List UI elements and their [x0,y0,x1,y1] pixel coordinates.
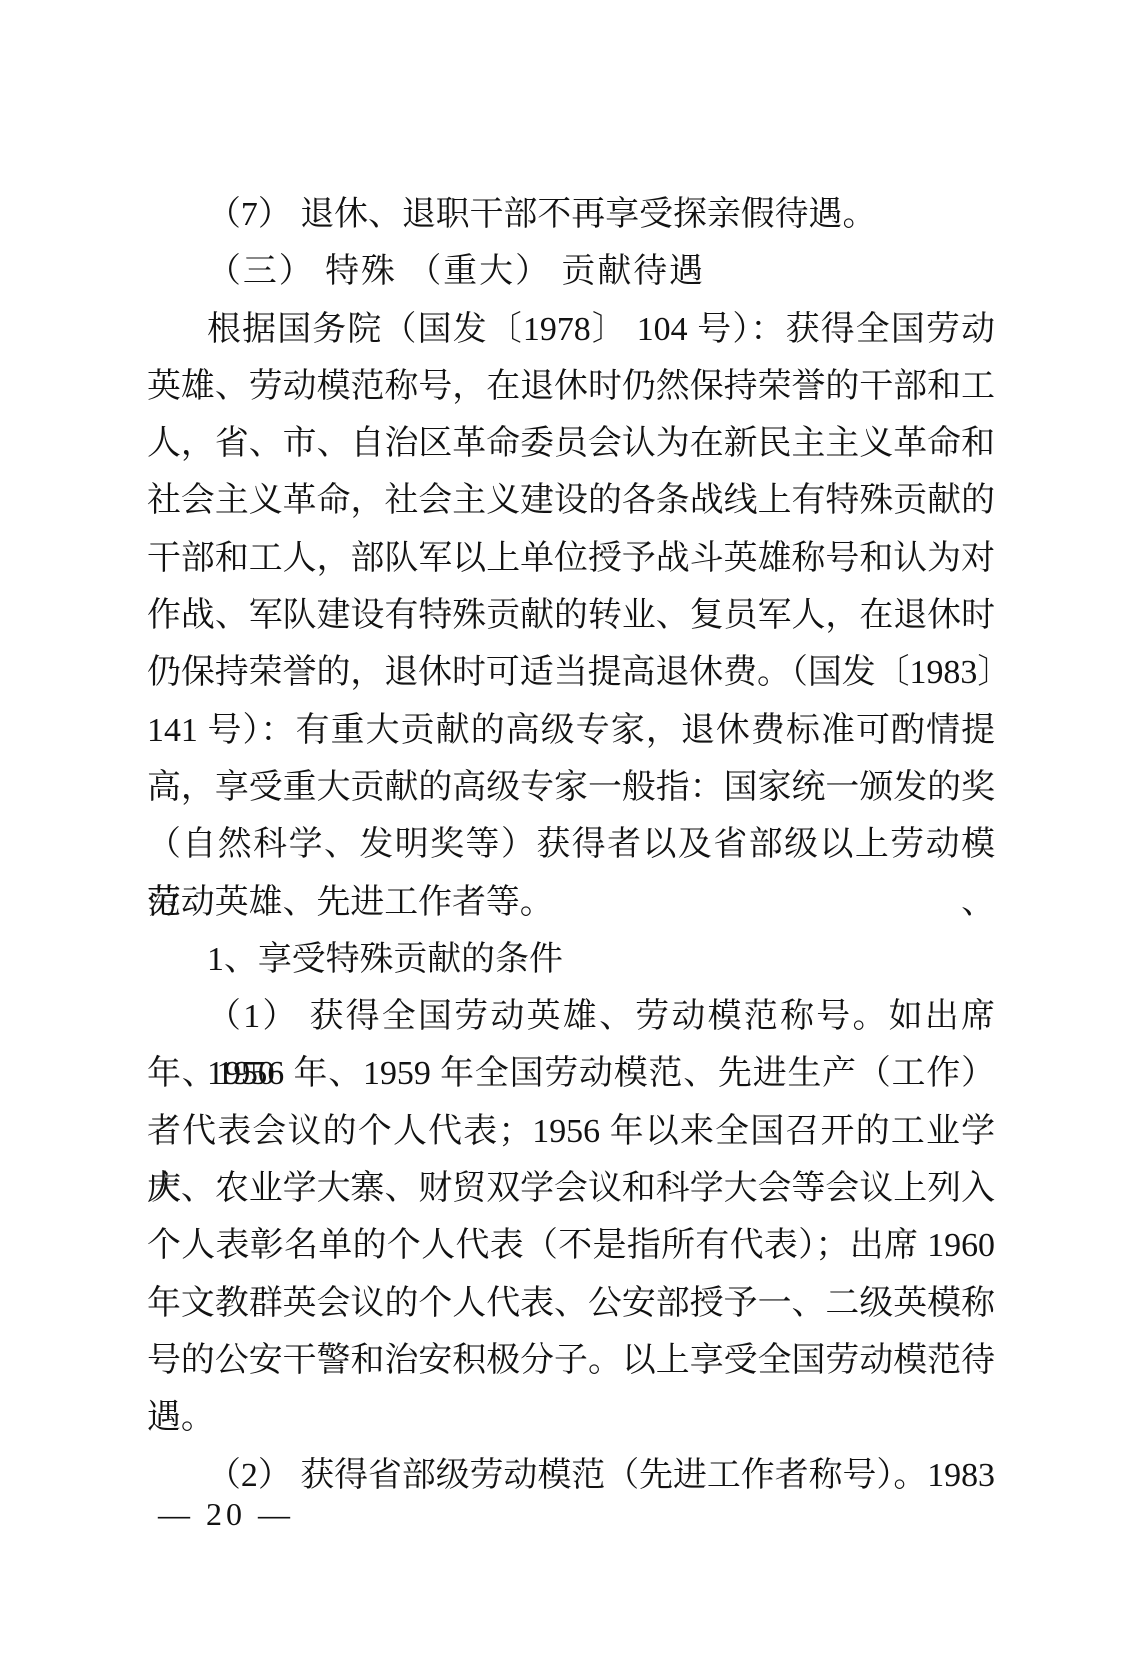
body-line: 仍保持荣誉的，退休时可适当提高退休费。（国发〔1983〕 [147,644,995,701]
body-line: 个人表彰名单的个人代表（不是指所有代表）；出席 1960 [147,1217,995,1274]
body-line: 号的公安干警和治安积极分子。以上享受全国劳动模范待 [147,1332,995,1389]
document-text-block: （7） 退休、退职干部不再享受探亲假待遇。（三） 特殊 （重大） 贡献待遇根据国… [147,186,995,1504]
item-1-line: （1） 获得全国劳动英雄、劳动模范称号。如出席 1950 [147,988,995,1045]
body-line: 者代表会议的个人代表；1956 年以来全国召开的工业学大 [147,1103,995,1160]
body-line: 社会主义革命，社会主义建设的各条战线上有特殊贡献的 [147,472,995,529]
page-number: — 20 — [158,1494,294,1534]
body-line: 人，省、市、自治区革命委员会认为在新民主主义革命和 [147,415,995,472]
clause-7-line: （7） 退休、退职干部不再享受探亲假待遇。 [147,186,995,243]
section-heading-3: （三） 特殊 （重大） 贡献待遇 [147,243,995,300]
body-line: 141 号）：有重大贡献的高级专家，退休费标准可酌情提 [147,702,995,759]
body-line: 作战、军队建设有特殊贡献的转业、复员军人，在退休时 [147,587,995,644]
body-line: 干部和工人，部队军以上单位授予战斗英雄称号和认为对 [147,530,995,587]
body-line: 年、1956 年、1959 年全国劳动模范、先进生产（工作） [147,1045,995,1102]
body-line: 高，享受重大贡献的高级专家一般指：国家统一颁发的奖 [147,759,995,816]
body-line: 庆、农业学大寨、财贸双学会议和科学大会等会议上列入 [147,1160,995,1217]
body-line: 遇。 [147,1389,995,1446]
body-line: （自然科学、发明奖等）获得者以及省部级以上劳动模范、 [147,816,995,873]
body-line: 英雄、劳动模范称号，在退休时仍然保持荣誉的干部和工 [147,358,995,415]
body-line: 年文教群英会议的个人代表、公安部授予一、二级英模称 [147,1275,995,1332]
body-line: 根据国务院（国发〔1978〕 104 号）：获得全国劳动 [147,301,995,358]
subsection-heading-1: 1、享受特殊贡献的条件 [147,931,995,988]
document-page: （7） 退休、退职干部不再享受探亲假待遇。（三） 特殊 （重大） 贡献待遇根据国… [0,0,1142,1654]
